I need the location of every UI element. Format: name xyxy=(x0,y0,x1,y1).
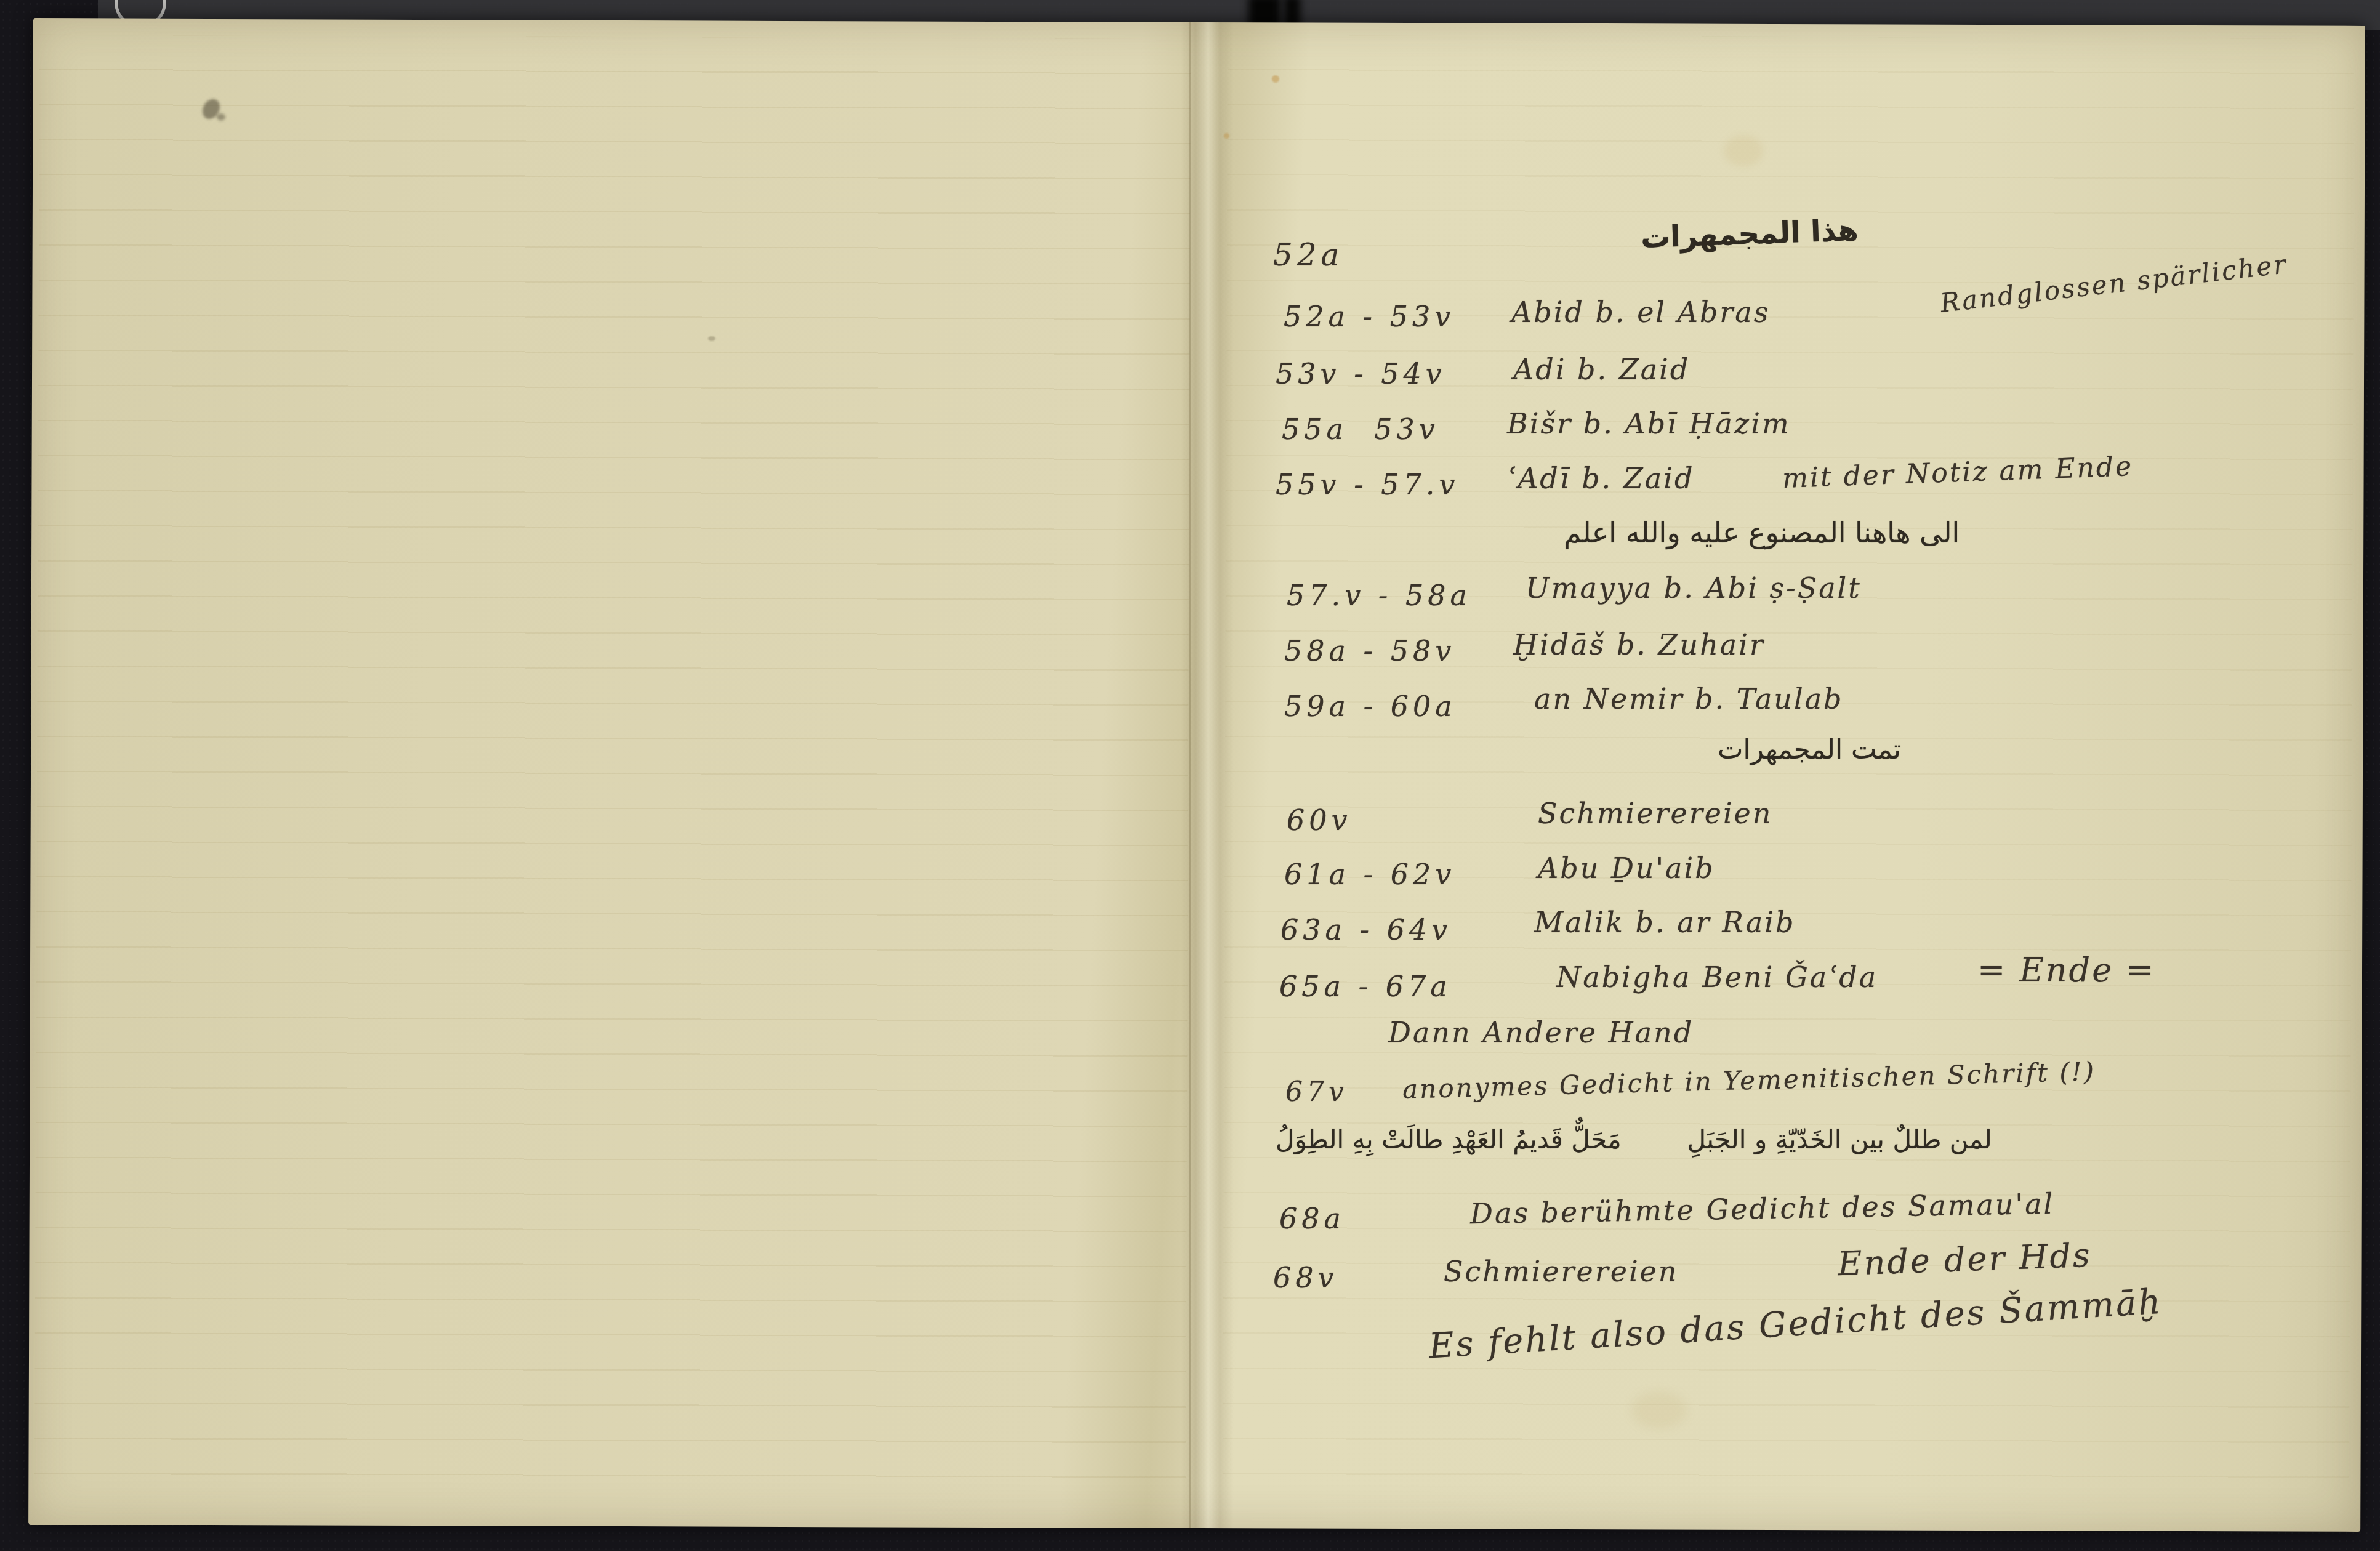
entry-note: = Ende = xyxy=(1977,951,2156,989)
entry-folio: 57.v - 58a xyxy=(1287,579,1471,612)
ruled-lines-right-page xyxy=(1223,35,2354,1504)
entry-folio: 63a - 64v xyxy=(1280,913,1452,946)
entry-name: Abu Ḏu'aib xyxy=(1538,852,1715,885)
entry-name: Nabigha Beni Ǧaʿda xyxy=(1556,961,1878,994)
arabic-note-end: تمت المجمهرات xyxy=(1718,734,1901,765)
arabic-note-mid: الى هاهنا المصنوع عليه والله اعلم xyxy=(1564,516,1960,549)
entry-folio: 58a - 58v xyxy=(1284,634,1455,667)
center-fold xyxy=(1181,22,1234,1528)
entry-name: Malik b. ar Raib xyxy=(1534,906,1795,939)
foxing-spot xyxy=(1272,75,1279,83)
arabic-verse: لمن طللٌ بين الخَدّيّةِ و الجَبَلِ مَحَل… xyxy=(1276,1124,1992,1154)
center-crease-line xyxy=(1189,22,1191,1528)
ink-blot-small xyxy=(217,113,225,121)
entry-name: ʿAdī b. Zaid xyxy=(1507,462,1694,495)
smudge xyxy=(708,336,715,341)
ruled-lines-left-page xyxy=(34,35,1191,1505)
entry-name: an Nemir b. Taulab xyxy=(1534,682,1844,715)
entry-name: Umayya b. Abi ṣ-Ṣalt xyxy=(1526,571,1862,605)
photograph: هذا المجمهرات 52a 52a - 53v Abid b. el A… xyxy=(0,0,2380,1551)
foxing-spot xyxy=(1224,133,1229,139)
entry-folio: 55a 53v xyxy=(1282,413,1439,446)
entry-folio: 68a xyxy=(1279,1202,1345,1235)
entry-folio: 55v - 57.v xyxy=(1276,468,1459,501)
paper-stain xyxy=(1724,135,1763,166)
opening-folio-mark: 52a xyxy=(1273,237,1343,273)
entry-folio: 53v - 54v xyxy=(1276,357,1446,390)
paper-stain xyxy=(1631,1392,1687,1428)
entry-folio: 60v xyxy=(1287,804,1352,837)
entry-folio: 65a - 67a xyxy=(1279,970,1452,1003)
entry-folio: 52a - 53v xyxy=(1284,300,1455,333)
entry-folio: 59a - 60a xyxy=(1284,690,1457,723)
entry-folio: 68v xyxy=(1273,1261,1338,1294)
entry-name: Abid b. el Abras xyxy=(1511,296,1770,329)
entry-name: Adi b. Zaid xyxy=(1513,353,1690,386)
entry-name: Bišr b. Abī Ḥāzim xyxy=(1507,407,1791,440)
entry-name: Schmierereien xyxy=(1538,797,1772,830)
entry-name: Ḫidāš b. Zuhair xyxy=(1513,628,1765,661)
entry-folio: 67v xyxy=(1285,1076,1348,1108)
entry-name: Schmierereien xyxy=(1444,1255,1678,1288)
hand-change-note: Dann Andere Hand xyxy=(1388,1016,1694,1049)
entry-folio: 61a - 62v xyxy=(1284,858,1455,891)
